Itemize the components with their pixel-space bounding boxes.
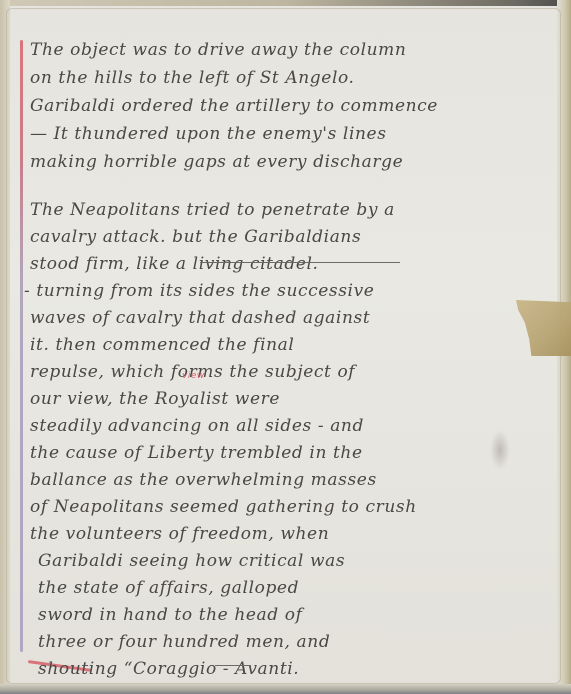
margin-rule-line: [20, 40, 23, 652]
page-top-edge: [0, 0, 571, 6]
text-line: our view, the Royalist were: [30, 389, 280, 409]
page-bottom-edge: [0, 684, 571, 694]
text-line: Garibaldi ordered the artillery to comme…: [30, 96, 438, 116]
text-line: Garibaldi seeing how critical was: [38, 551, 345, 571]
underline-living-citadel: [200, 262, 400, 263]
text-line: the state of affairs, galloped: [38, 578, 299, 598]
text-line: ballance as the overwhelming masses: [30, 470, 377, 490]
text-line: cavalry attack. but the Garibaldians: [30, 227, 361, 247]
text-line: on the hills to the left of St Angelo.: [30, 68, 355, 88]
underline-coraggio: [215, 665, 251, 666]
paper-stain: [490, 430, 510, 470]
text-line: waves of cavalry that dashed against: [30, 308, 370, 328]
text-line: — It thundered upon the enemy's lines: [30, 124, 387, 144]
text-line: the volunteers of freedom, when: [30, 524, 329, 544]
text-line: The Neapolitans tried to penetrate by a: [30, 200, 395, 220]
text-line: shouting “Coraggio - Avanti.: [38, 659, 299, 679]
text-line: it. then commenced the final: [30, 335, 294, 355]
text-line: stood firm, like a living citadel.: [30, 254, 319, 274]
text-line: The object was to drive away the column: [30, 40, 406, 60]
text-line: of Neapolitans seemed gathering to crush: [30, 497, 417, 517]
text-line: the cause of Liberty trembled in the: [30, 443, 363, 463]
manuscript-page: The object was to drive away the column …: [0, 0, 571, 694]
text-line: - turning from its sides the successive: [24, 281, 374, 301]
text-line: three or four hundred men, and: [38, 632, 330, 652]
text-line: steadily advancing on all sides - and: [30, 416, 364, 436]
text-line: making horrible gaps at every discharge: [30, 152, 403, 172]
text-line: sword in hand to the head of: [38, 605, 303, 625]
red-pencil-annotation: view: [182, 371, 205, 381]
